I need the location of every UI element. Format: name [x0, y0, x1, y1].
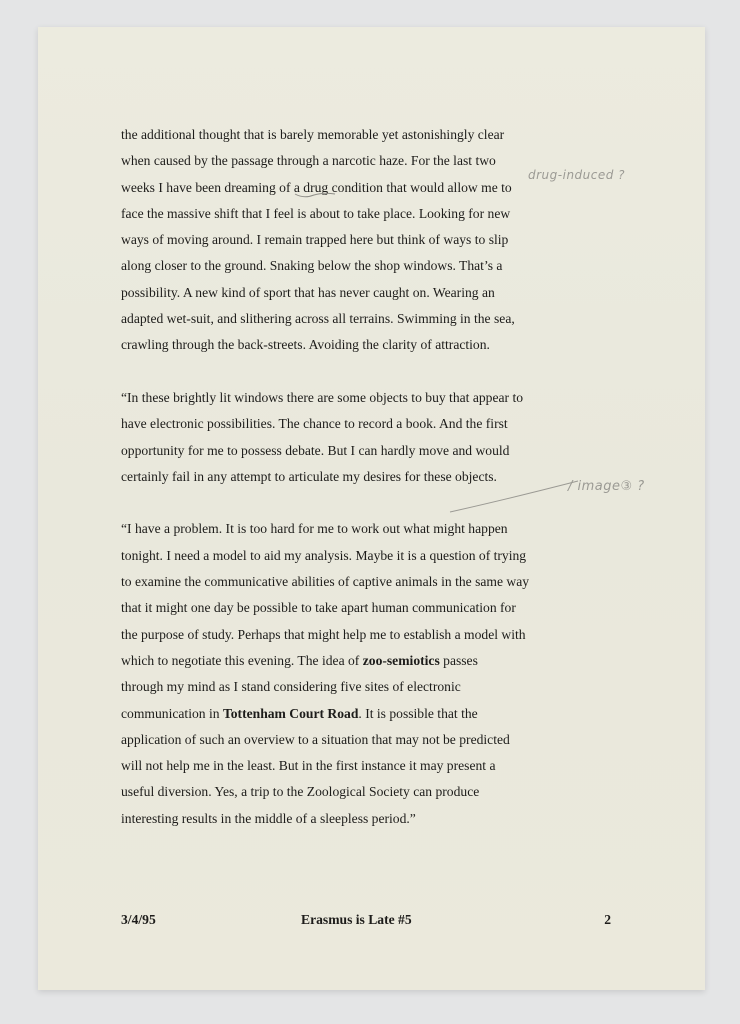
- text-line: tonight. I need a model to aid my analys…: [121, 543, 541, 569]
- text-run: passes: [440, 653, 478, 668]
- text-line: the additional thought that is barely me…: [121, 122, 541, 148]
- handwritten-note-image: / image③ ?: [568, 479, 645, 494]
- handwritten-note-drug-induced: drug-induced ?: [528, 168, 625, 182]
- text-line: interesting results in the middle of a s…: [121, 806, 541, 832]
- text-line: possibility. A new kind of sport that ha…: [121, 280, 541, 306]
- paper-page: the additional thought that is barely me…: [38, 27, 705, 990]
- text-line: when caused by the passage through a nar…: [121, 148, 541, 174]
- text-line: to examine the communicative abilities o…: [121, 569, 541, 595]
- text-line: adapted wet-suit, and slithering across …: [121, 306, 541, 332]
- text-line: face the massive shift that I feel is ab…: [121, 201, 541, 227]
- text-line: through my mind as I stand considering f…: [121, 674, 541, 700]
- text-line: the purpose of study. Perhaps that might…: [121, 622, 541, 648]
- bold-term-tottenham-court-road: Tottenham Court Road: [223, 706, 358, 721]
- text-line: “In these brightly lit windows there are…: [121, 385, 541, 411]
- text-line: will not help me in the least. But in th…: [121, 753, 541, 779]
- text-line: which to negotiate this evening. The ide…: [121, 648, 541, 674]
- text-line: opportunity for me to possess debate. Bu…: [121, 438, 541, 464]
- text-line: ways of moving around. I remain trapped …: [121, 227, 541, 253]
- paragraph-gap: [121, 359, 541, 385]
- text-line: “I have a problem. It is too hard for me…: [121, 516, 541, 542]
- handwritten-squiggle-underline: [294, 191, 336, 199]
- text-run: which to negotiate this evening. The ide…: [121, 653, 363, 668]
- text-line: application of such an overview to a sit…: [121, 727, 541, 753]
- footer-page-number: 2: [604, 912, 611, 928]
- text-line: useful diversion. Yes, a trip to the Zoo…: [121, 779, 541, 805]
- bold-term-zoo-semiotics: zoo-semiotics: [363, 653, 440, 668]
- text-line: communication in Tottenham Court Road. I…: [121, 701, 541, 727]
- text-run: communication in: [121, 706, 223, 721]
- page-footer: 3/4/95 Erasmus is Late #5 2: [121, 912, 611, 932]
- footer-date: 3/4/95: [121, 912, 156, 928]
- text-line: that it might one day be possible to tak…: [121, 595, 541, 621]
- text-line: have electronic possibilities. The chanc…: [121, 411, 541, 437]
- text-line: crawling through the back-streets. Avoid…: [121, 332, 541, 358]
- text-run: . It is possible that the: [358, 706, 477, 721]
- footer-title: Erasmus is Late #5: [301, 912, 412, 928]
- text-line: along closer to the ground. Snaking belo…: [121, 253, 541, 279]
